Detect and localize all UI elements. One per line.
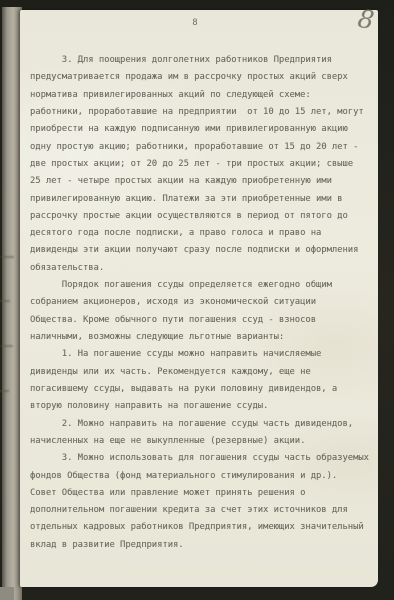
text-line: вклад в развитие Предприятия.: [30, 537, 374, 554]
text-line: погасившему ссуды, выдавать на руки поло…: [30, 381, 374, 398]
text-line: 2. Можно направить на погашение ссуды ча…: [30, 416, 374, 433]
text-line: Порядок погашения ссуды определяется еже…: [30, 277, 374, 294]
text-line: работники, проработавшие на предприятии …: [30, 104, 374, 121]
text-line: 3. Можно использовать для погашения ссуд…: [30, 450, 374, 467]
scanned-document: 8 8 3. Для поощрения долголетних работни…: [0, 0, 394, 600]
text-line: наличными, возможны следующие льготные в…: [30, 329, 374, 346]
text-line: привилегированную акцию. Платежи за эти …: [30, 191, 374, 208]
text-line: 1. На погашение ссуды можно направить на…: [30, 346, 374, 363]
text-line: приобрести на каждую подписанную ими при…: [30, 121, 374, 138]
text-line: 3. Для поощрения долголетних работников …: [30, 52, 374, 69]
text-line: вторую половину направить на погашение с…: [30, 398, 374, 415]
handwritten-page-number: 8: [356, 4, 376, 35]
text-line: обязательства.: [30, 260, 374, 277]
text-line: дивиденды эти акции получают сразу после…: [30, 242, 374, 259]
typed-page-number: 8: [185, 18, 205, 28]
scanner-corner-patch: [0, 587, 14, 600]
text-line: 25 лет - четыре простых акции на каждую …: [30, 173, 374, 190]
text-line: дивиденды или их часть. Рекомендуется ка…: [30, 364, 374, 381]
text-line: собранием акционеров, исходя из экономич…: [30, 294, 374, 311]
bleed-mark: [0, 390, 9, 392]
text-line: дополнительном погашении кредита за счет…: [30, 502, 374, 519]
text-line: две простых акции; от 20 до 25 лет - три…: [30, 156, 374, 173]
bleed-mark: [1, 345, 13, 347]
text-line: Совет Общества или правление может приня…: [30, 485, 374, 502]
text-line: Общества. Кроме обычного пути погашения …: [30, 312, 374, 329]
text-line: норматива привилегированных акций по сле…: [30, 87, 374, 104]
text-line: десятого года после подписки, а право го…: [30, 225, 374, 242]
text-line: фондов Общества (фонд материального стим…: [30, 468, 374, 485]
typewritten-text: 3. Для поощрения долголетних работников …: [30, 52, 374, 554]
bleed-mark: [0, 300, 10, 302]
text-line: одну простую акцию; работники, проработа…: [30, 139, 374, 156]
text-line: отдельных кадровых работников Предприяти…: [30, 519, 374, 536]
text-line: начисленных на еще не выкупленные (резер…: [30, 433, 374, 450]
bleed-mark: [1, 256, 14, 258]
document-page: 8 8 3. Для поощрения долголетних работни…: [20, 10, 378, 587]
book-page-edge: [2, 7, 22, 600]
text-line: рассрочку простые акции осуществляются в…: [30, 208, 374, 225]
text-line: предусматривается продажа им в рассрочку…: [30, 69, 374, 86]
